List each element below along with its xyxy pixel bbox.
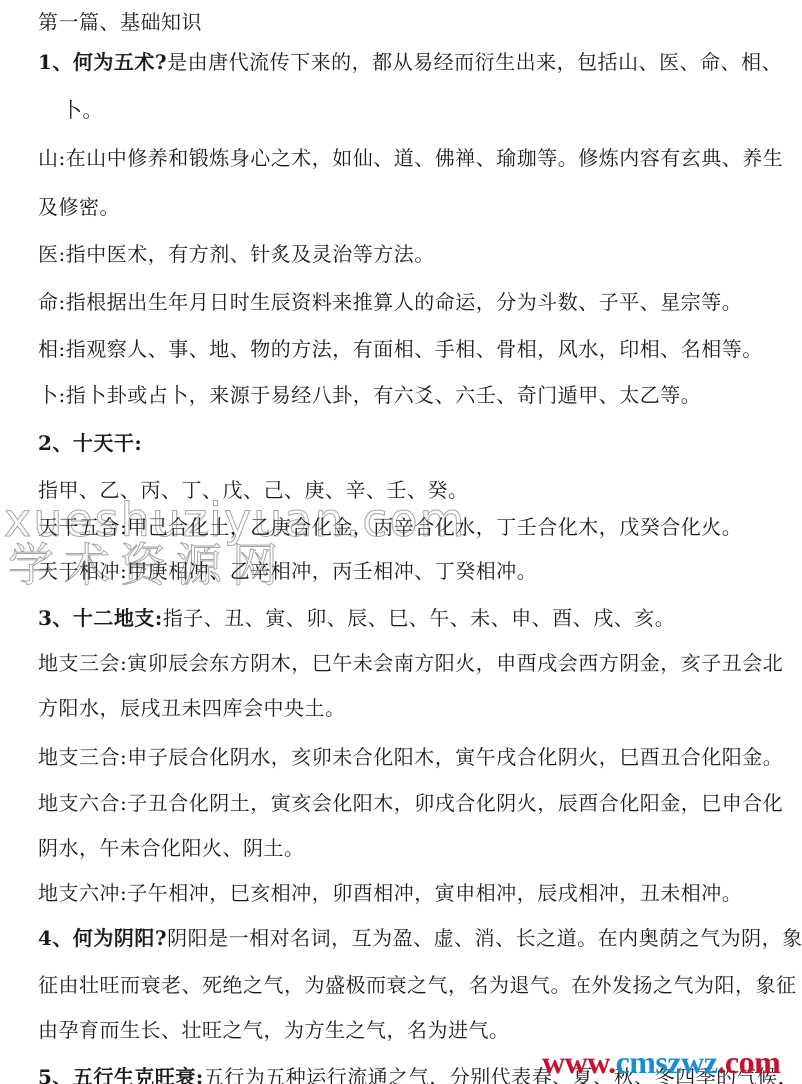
section-text: 指子、丑、寅、卯、辰、巳、午、未、申、酉、戌、亥。 (163, 606, 676, 630)
dizhi-sanhe: 地支三合:申子辰合化阴水，亥卯未合化阳木，寅午戌合化阴火，巳酉丑合化阳金。 (38, 745, 783, 769)
section-text: 是由唐代流传下来的，都从易经而衍生出来，包括山、医、命、相、 (167, 50, 782, 74)
tiangan-list: 指甲、乙、丙、丁、戊、己、庚、辛、壬、癸。 (38, 478, 469, 502)
section-number: 4 (38, 926, 52, 950)
section-4-line-3: 由孕育而生长、壮旺之气，为方生之气，名为进气。 (38, 1018, 510, 1042)
section-heading: 、十二地支: (52, 606, 162, 630)
section-heading: 、何为阴阳? (52, 926, 167, 950)
watermark-dot: . (608, 1044, 616, 1080)
dizhi-sanhui: 地支三会:寅卯辰会东方阴木，巳午未会南方阳火，申酉戌会西方阴金，亥子丑会北 (38, 651, 783, 675)
section-2-heading: 2、十天干: (38, 431, 142, 455)
watermark-domain: cmszwz (616, 1044, 718, 1080)
watermark-www: www (542, 1044, 608, 1080)
section-heading: 、十天干: (52, 431, 142, 455)
tiangan-wuhe: 天干五合:甲己合化土，乙庚合化金，丙辛合化水，丁壬合化木，戊癸合化火。 (38, 515, 742, 539)
paragraph-yi: 医:指中医术，有方剂、针炙及灵治等方法。 (38, 242, 435, 266)
watermark-tld: com (725, 1044, 780, 1080)
paragraph-bu: 卜:指卜卦或占卜，来源于易经八卦，有六爻、六壬、奇门遁甲、太乙等。 (38, 383, 701, 407)
section-heading: 、五行生克旺衰: (52, 1065, 203, 1084)
watermark-dot: . (717, 1044, 725, 1080)
paragraph-shan-cont: 及修密。 (38, 195, 120, 219)
paragraph-ming: 命:指根据出生年月日时生辰资料来推算人的命运，分为斗数、子平、星宗等。 (38, 290, 742, 314)
watermark-corner-url: www.cmszwz.com (542, 1044, 780, 1080)
paragraph-xiang: 相:指观察人、事、地、物的方法，有面相、手相、骨相，风水，印相、名相等。 (38, 337, 763, 361)
section-heading: 、何为五术? (52, 50, 167, 74)
section-4-line-1: 4、何为阴阳?阴阳是一相对名词，互为盈、虚、消、长之道。在内奥荫之气为阴，象 (38, 926, 802, 950)
dizhi-sanhui-cont: 方阳水，辰戌丑未四库会中央土。 (38, 696, 346, 720)
section-3-heading: 3、十二地支:指子、丑、寅、卯、辰、巳、午、未、申、酉、戌、亥。 (38, 606, 675, 630)
section-number: 5 (38, 1065, 52, 1084)
dizhi-liuhe-cont: 阴水，午未合化阳火、阴土。 (38, 836, 305, 860)
section-1-line-1: 1、何为五术?是由唐代流传下来的，都从易经而衍生出来，包括山、医、命、相、 (38, 50, 782, 74)
section-1-line-2: 卜。 (62, 98, 103, 122)
dizhi-liuhe: 地支六合:子丑合化阴土，寅亥会化阳木，卯戌合化阴火，辰酉合化阳金，巳申合化 (38, 791, 783, 815)
section-number: 1 (38, 50, 52, 74)
section-number: 2 (38, 431, 52, 455)
tiangan-xiangchong: 天干相冲:甲庚相冲、乙辛相冲，丙壬相冲、丁癸相冲。 (38, 559, 537, 583)
dizhi-liuchong: 地支六冲:子午相冲，巳亥相冲，卯酉相冲，寅申相冲，辰戌相冲，丑未相冲。 (38, 881, 742, 905)
section-number: 3 (38, 606, 52, 630)
document-title: 第一篇、基础知识 (38, 10, 202, 34)
section-text: 阴阳是一相对名词，互为盈、虚、消、长之道。在内奥荫之气为阴，象 (167, 926, 802, 950)
section-4-line-2: 征由壮旺而衰老、死绝之气，为盛极而衰之气，名为退气。在外发扬之气为阳，象征 (38, 973, 797, 997)
paragraph-shan: 山:在山中修养和锻炼身心之术，如仙、道、佛禅、瑜珈等。修炼内容有玄典、养生 (38, 146, 783, 170)
